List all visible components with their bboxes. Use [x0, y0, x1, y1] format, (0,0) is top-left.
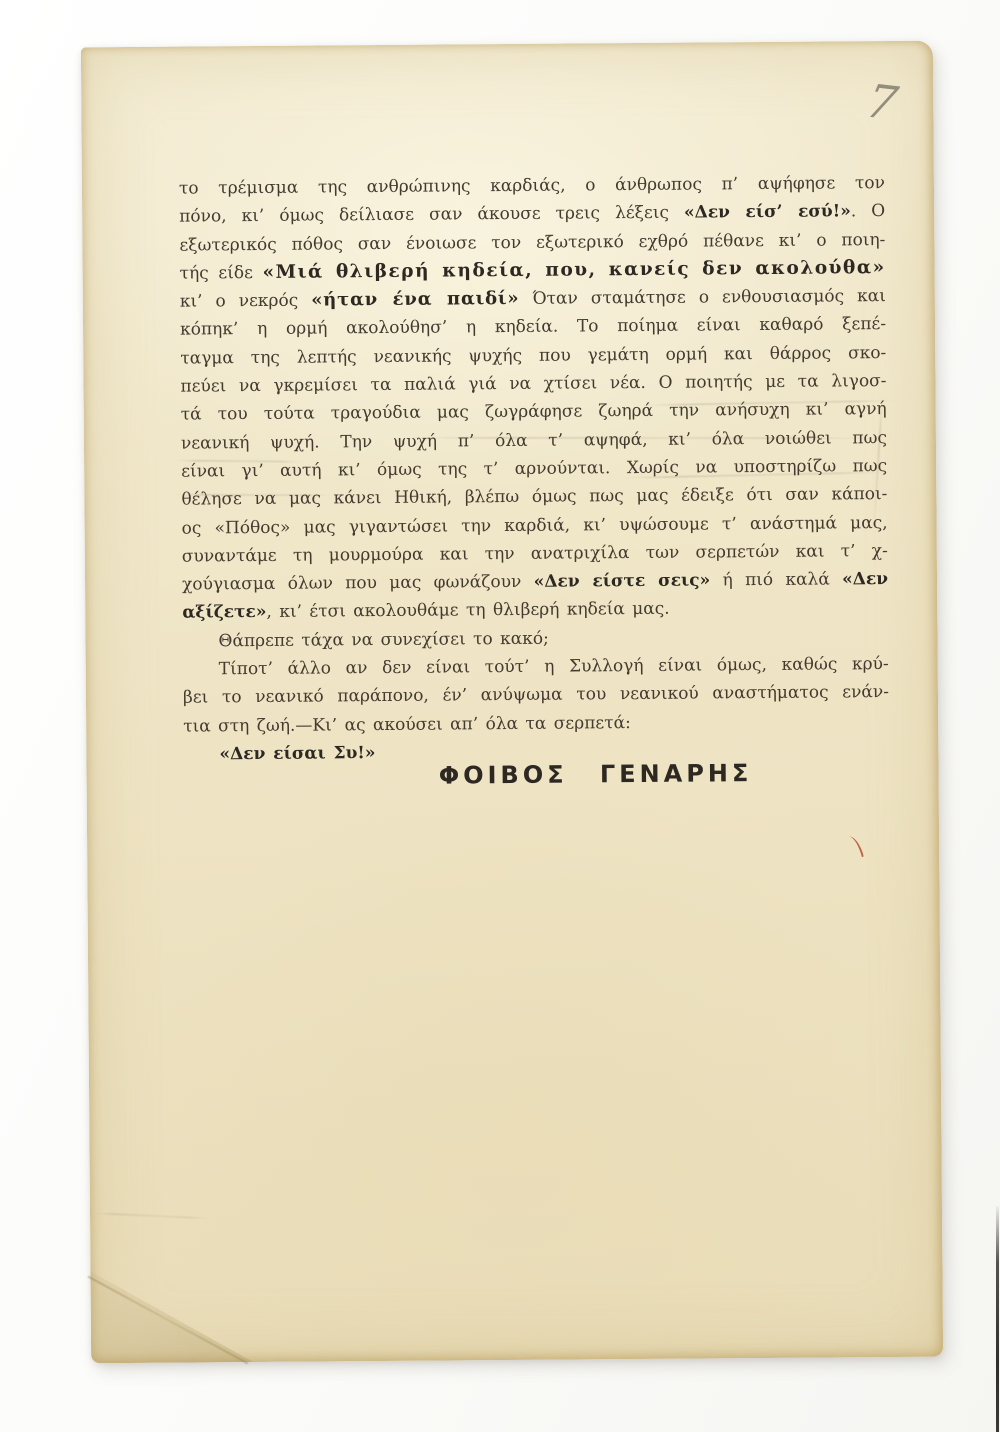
scanner-edge-artifact: [996, 1206, 999, 1432]
paper-sheet: 7 το τρέμισμα της ανθρώπινης καρδιάς, ο …: [81, 41, 943, 1364]
text-line: βει το νεανικό παράπονο, έν’ ανύψωμα του…: [183, 678, 889, 712]
red-ink-mark: [847, 834, 863, 859]
emphasized-text: «Δεν είστε σεις»: [534, 571, 711, 592]
body-text: πόνο, κι’ όμως δείλιασε σαν άκουσε τρεις…: [179, 203, 684, 227]
body-text: το τρέμισμα της ανθρώπινης καρδιάς, ο άν…: [179, 173, 885, 199]
body-text: τια στη ζωή.—Κι’ ας ακούσει απ’ όλα τα σ…: [183, 713, 631, 737]
body-text: Τίποτ’ άλλο αν δεν είναι τούτ’ η Συλλογή…: [219, 654, 889, 679]
body-text: εξωτερικός πόθος σαν ένοιωσε τον εξωτερι…: [179, 230, 885, 256]
emphasized-text: «Δεν είσαι Συ!»: [219, 743, 375, 764]
body-text: Θάπρεπε τάχα να συνεχίσει το κακό;: [218, 628, 548, 651]
handwritten-page-number: 7: [861, 74, 902, 130]
emphasized-text: «Μιά θλιβερή κηδεία, που, κανείς δεν ακο…: [262, 257, 885, 283]
body-text: ταγμα της λεπτής νεανικής ψυχής που γεμά…: [180, 343, 886, 369]
body-text: τής είδε: [180, 263, 263, 284]
body-text: , κι’ έτσι ακολουθάμε τη θλιβερή κηδεία …: [266, 599, 669, 622]
emphasized-text: «Δεν: [842, 569, 888, 589]
body-text: πεύει να γκρεμίσει τα παλιά γιά να χτίσε…: [180, 371, 886, 397]
corner-fold: [90, 1270, 253, 1363]
body-text: κόπηκ’ η ορμή ακολούθησ’ η κηδεία. Το πο…: [180, 315, 886, 341]
body-text: είναι γι’ αυτή κι’ όμως της τ’ αρνούνται…: [181, 456, 887, 482]
body-text: θέλησε να μας κάνει Ηθική, βλέπω όμως πω…: [181, 484, 887, 510]
emphasized-text: «Δεν είσ’ εσύ!»: [684, 202, 851, 223]
emphasized-text: αξίζετε»: [182, 602, 266, 623]
body-text: ή πιό καλά: [710, 570, 842, 591]
body-text: Όταν σταμάτησε ο ενθουσιασμός και: [519, 286, 886, 309]
paper-crease: [92, 1212, 212, 1219]
body-text: νεανική ψυχή. Την ψυχή π’ όλα τ’ αψηφά, …: [181, 428, 887, 454]
scan-backdrop: 7 το τρέμισμα της ανθρώπινης καρδιάς, ο …: [0, 0, 1000, 1432]
body-text: . Ο: [851, 201, 886, 221]
body-text: βει το νεανικό παράπονο, έν’ ανύψωμα του…: [183, 682, 889, 708]
emphasized-text: «ήταν ένα παιδί»: [311, 288, 519, 311]
body-text: κι’ ο νεκρός: [180, 291, 312, 312]
author-signature: ΦΟΙΒΟΣ ΓΕΝΑΡΗΣ: [183, 758, 889, 792]
body-text: ος «Πόθος» μας γιγαντώσει την καρδιά, κι…: [182, 513, 888, 539]
body-text: συναντάμε τη μουρμούρα και την ανατριχίλ…: [182, 541, 888, 567]
text-block: το τρέμισμα της ανθρώπινης καρδιάς, ο άν…: [179, 169, 890, 769]
body-text: χούγιασμα όλων που μας φωνάζουν: [182, 572, 534, 595]
